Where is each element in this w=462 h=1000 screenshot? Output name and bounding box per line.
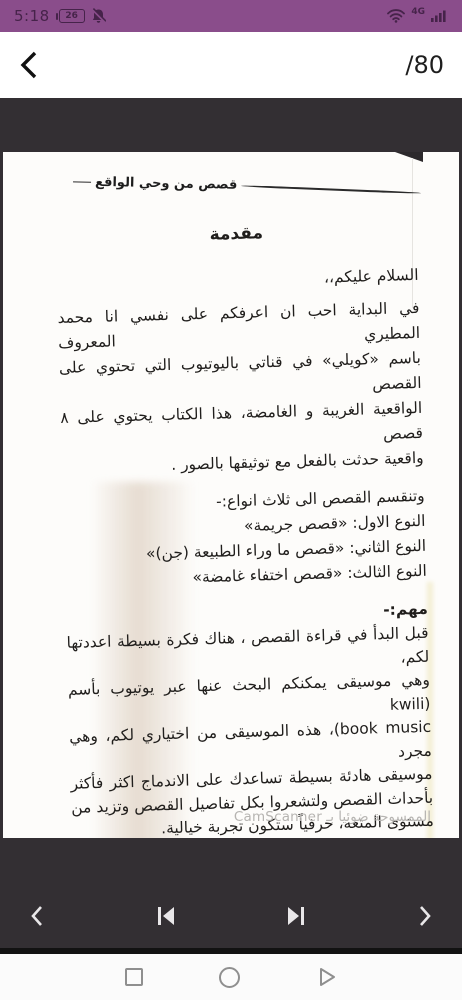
nav-chevron-left-button[interactable] (24, 903, 50, 929)
home-button[interactable] (219, 967, 240, 988)
android-navigation-bar (0, 954, 462, 1000)
ornament-rule-left (73, 181, 91, 183)
greeting-line: السلام عليكم،، (56, 263, 419, 298)
recents-button[interactable] (125, 968, 143, 986)
back-system-button[interactable] (316, 966, 338, 988)
chevron-left-icon (18, 50, 40, 80)
status-bar: 5:18 26 (0, 0, 462, 32)
battery-level: 26 (59, 9, 85, 23)
chapter-ornament: قصص من وحي الواقع (73, 174, 421, 196)
book-title-calligraphy: قصص من وحي الواقع (91, 175, 242, 193)
scanned-book-page: قصص من وحي الواقع مقدمة السلام عليكم،، ف… (3, 152, 459, 838)
reader-nav-bar (0, 884, 462, 948)
nav-chevron-right-button[interactable] (412, 903, 438, 929)
circle-icon (219, 967, 240, 988)
clock: 5:18 (14, 7, 50, 25)
skip-to-end-button[interactable] (283, 903, 309, 929)
phone-screen: 5:18 26 (0, 0, 462, 1000)
page-corner-fold (395, 152, 423, 162)
mute-bell-icon (91, 8, 106, 24)
app-header: /80 (0, 32, 462, 98)
skip-start-icon (156, 905, 176, 927)
chevron-right-icon (418, 905, 432, 927)
page-indicator[interactable]: /80 (405, 51, 444, 79)
back-button[interactable] (18, 50, 40, 80)
square-icon (125, 968, 143, 986)
network-type-label: 4G (411, 7, 425, 17)
skip-to-start-button[interactable] (153, 903, 179, 929)
section-heading: مقدمة (55, 219, 417, 249)
document-viewer: قصص من وحي الواقع مقدمة السلام عليكم،، ف… (0, 98, 462, 948)
wifi-icon (387, 9, 405, 23)
ornament-rule-right (241, 185, 421, 194)
page-body-text: مقدمة السلام عليكم،، في البداية احب ان ا… (55, 219, 438, 838)
camscanner-watermark: الممسوحة ضوئيا بـ CamScanner (234, 809, 431, 825)
skip-end-icon (286, 905, 306, 927)
triangle-icon (316, 966, 338, 988)
signal-strength-icon (431, 9, 448, 23)
chevron-left-icon (30, 905, 44, 927)
battery-icon: 26 (56, 9, 85, 23)
